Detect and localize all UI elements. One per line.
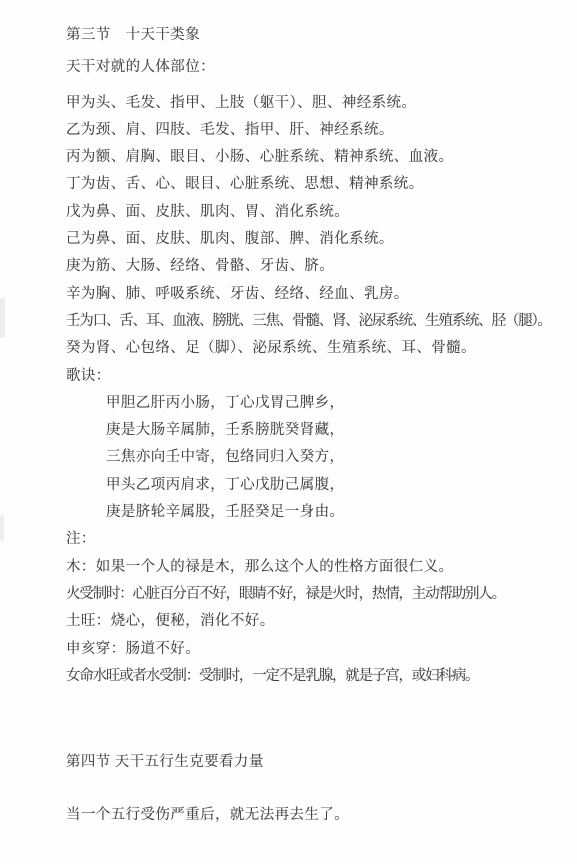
verse-line: 三焦亦向壬中寄，包络同归入癸方，: [66, 444, 567, 471]
verse-label: 歌诀：: [66, 363, 567, 390]
notes-label: 注：: [66, 526, 567, 553]
body-part-line-ding: 丁为齿、舌、心、眼目、心脏系统、思想、精神系统。: [66, 171, 567, 198]
scan-artifact: [0, 515, 4, 541]
verse-line: 庚是脐轮辛属股，壬胫癸足一身由。: [66, 499, 567, 526]
section4-opening-line: 当一个五行受伤严重后，就无法再去生了。: [66, 802, 567, 829]
body-part-line-geng: 庚为筋、大肠、经络、骨骼、牙齿、脐。: [66, 253, 567, 280]
note-line-earth: 土旺：烧心，便秘，消化不好。: [66, 608, 567, 635]
note-line-water: 女命水旺或者水受制：受制时，一定不是乳腺，就是子宫，或妇科病。: [66, 663, 567, 690]
body-part-line-wu: 戊为鼻、面、皮肤、肌肉、胃、消化系统。: [66, 199, 567, 226]
section3-intro: 天干对就的人体部位：: [66, 54, 567, 81]
section4-heading: 第四节 天干五行生克要看力量: [66, 749, 567, 776]
body-part-line-yi: 乙为颈、肩、四肢、毛发、指甲、肝、神经系统。: [66, 117, 567, 144]
body-part-line-ren: 壬为口、舌、耳、血液、膀胱、三焦、骨髓、肾、泌尿系统、生殖系统、胫（腿）。: [66, 308, 567, 335]
note-line-fire: 火受制时：心脏百分百不好，眼睛不好，禄是火时，热情，主动帮助别人。: [66, 581, 567, 608]
body-part-line-bing: 丙为额、肩胸、眼目、小肠、心脏系统、精神系统、血液。: [66, 144, 567, 171]
document-page: 第三节 十天干类象 天干对就的人体部位： 甲为头、毛发、指甲、上肢（躯干）、胆、…: [0, 0, 577, 864]
section3-heading: 第三节 十天干类象: [66, 22, 567, 49]
body-part-line-jia: 甲为头、毛发、指甲、上肢（躯干）、胆、神经系统。: [66, 90, 567, 117]
scan-artifact: [0, 298, 5, 338]
note-line-shenhai: 申亥穿：肠道不好。: [66, 636, 567, 663]
body-part-line-xin: 辛为胸、肺、呼吸系统、牙齿、经络、经血、乳房。: [66, 281, 567, 308]
verse-line: 甲头乙项丙肩求，丁心戊肋己属腹，: [66, 472, 567, 499]
body-part-line-ji: 己为鼻、面、皮肤、肌肉、腹部、脾、消化系统。: [66, 226, 567, 253]
note-line-wood: 木：如果一个人的禄是木，那么这个人的性格方面很仁义。: [66, 554, 567, 581]
body-part-line-gui: 癸为肾、心包络、足（脚）、泌尿系统、生殖系统、耳、骨髓。: [66, 335, 567, 362]
verse-line: 甲胆乙肝丙小肠，丁心戊胃己脾乡，: [66, 390, 567, 417]
verse-line: 庚是大肠辛属肺，壬系膀胱癸肾藏，: [66, 417, 567, 444]
